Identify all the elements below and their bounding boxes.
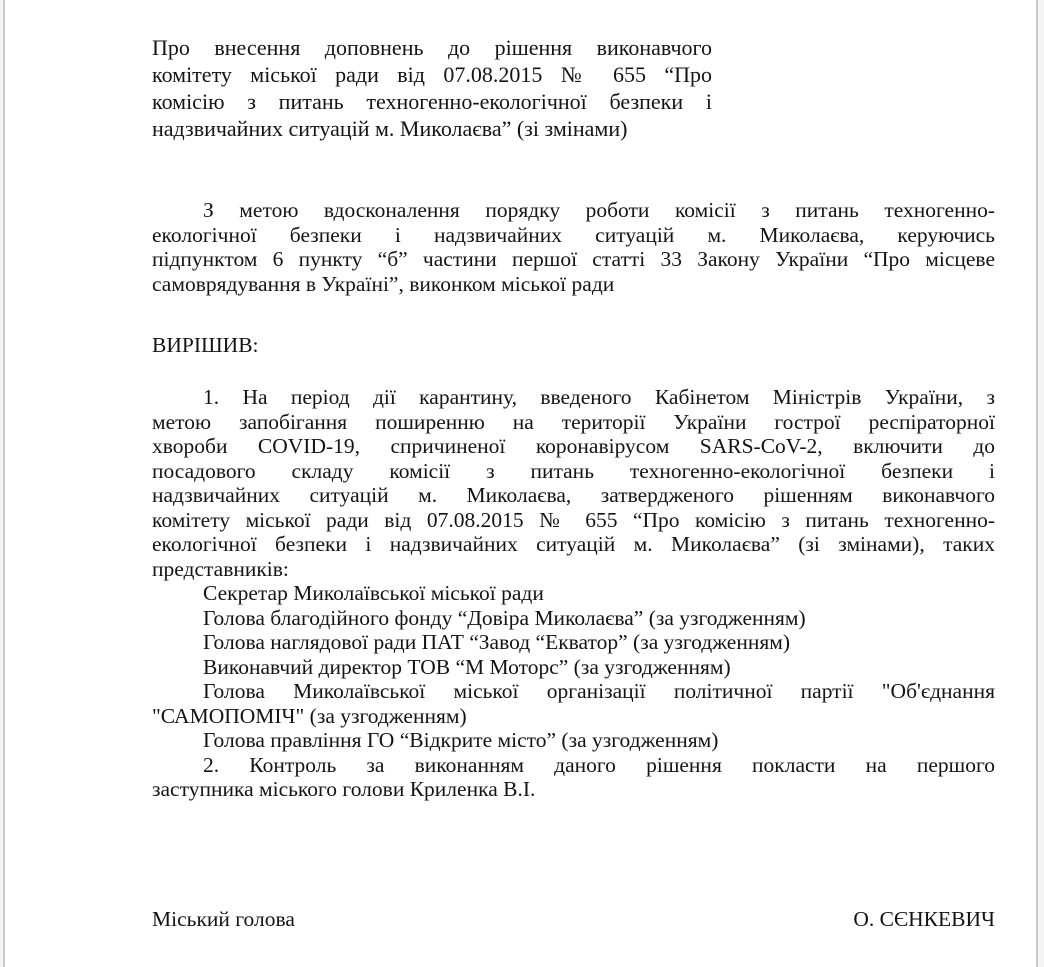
representative-item: Голова благодійного фонду “Довіра Микола… (152, 606, 995, 631)
representative-item: Голова правління ГО “Відкрите місто” (за… (152, 728, 995, 753)
text-line: екологічної безпеки і надзвичайних ситуа… (152, 223, 995, 248)
text-line: хвороби COVID-19, спричиненої коронавіру… (152, 434, 995, 459)
text-line: підпунктом 6 пункту “б” частини першої с… (152, 247, 995, 272)
text-line: самоврядування в Україні”, виконком місь… (152, 272, 995, 297)
text-line: метою запобігання поширенню на території… (152, 410, 995, 435)
text-line: З метою вдосконалення порядку роботи ком… (152, 198, 995, 223)
title-line: комісію з питань техногенно-екологічної … (152, 88, 712, 115)
representative-item: Голова наглядової ради ПАТ “Завод “Екват… (152, 630, 995, 655)
signature-block: Міський голова О. СЄНКЕВИЧ (152, 906, 995, 932)
resolved-heading: ВИРІШИВ: (152, 333, 995, 358)
title-line: Про внесення доповнень до рішення викона… (152, 34, 712, 61)
point-2-line: заступника міського голови Криленка В.І. (152, 777, 995, 802)
document-page: Про внесення доповнень до рішення викона… (3, 0, 1038, 967)
text-line: комітету міської ради від 07.08.2015 № 6… (152, 508, 995, 533)
title-line: надзвичайних ситуацій м. Миколаєва” (зі … (152, 115, 712, 142)
point-2-line: 2. Контроль за виконанням даного рішення… (152, 753, 995, 778)
representative-item: Виконавчий директор ТОВ “М Моторс” (за у… (152, 655, 995, 680)
representative-item: Голова Миколаївської міської організації… (152, 679, 995, 704)
title-line: комітету міської ради від 07.08.2015 № 6… (152, 61, 712, 88)
resolved-heading-text: ВИРІШИВ: (152, 333, 995, 358)
preamble-paragraph: З метою вдосконалення порядку роботи ком… (152, 198, 995, 296)
text-line: посадового складу комісії з питань техно… (152, 459, 995, 484)
text-line: екологічної безпеки і надзвичайних ситуа… (152, 532, 995, 557)
signatory-position: Міський голова (152, 906, 295, 932)
point-1-paragraph: 1. На період дії карантину, введеного Ка… (152, 385, 995, 802)
text-line: надзвичайних ситуацій м. Миколаєва, затв… (152, 483, 995, 508)
text-line: представників: (152, 557, 995, 582)
representative-item-continued: "САМОПОМІЧ" (за узгодженням) (152, 704, 995, 729)
text-line: 1. На період дії карантину, введеного Ка… (152, 385, 995, 410)
document-title: Про внесення доповнень до рішення викона… (152, 34, 712, 142)
signatory-name: О. СЄНКЕВИЧ (853, 906, 995, 932)
representative-item: Секретар Миколаївської міської ради (152, 581, 995, 606)
